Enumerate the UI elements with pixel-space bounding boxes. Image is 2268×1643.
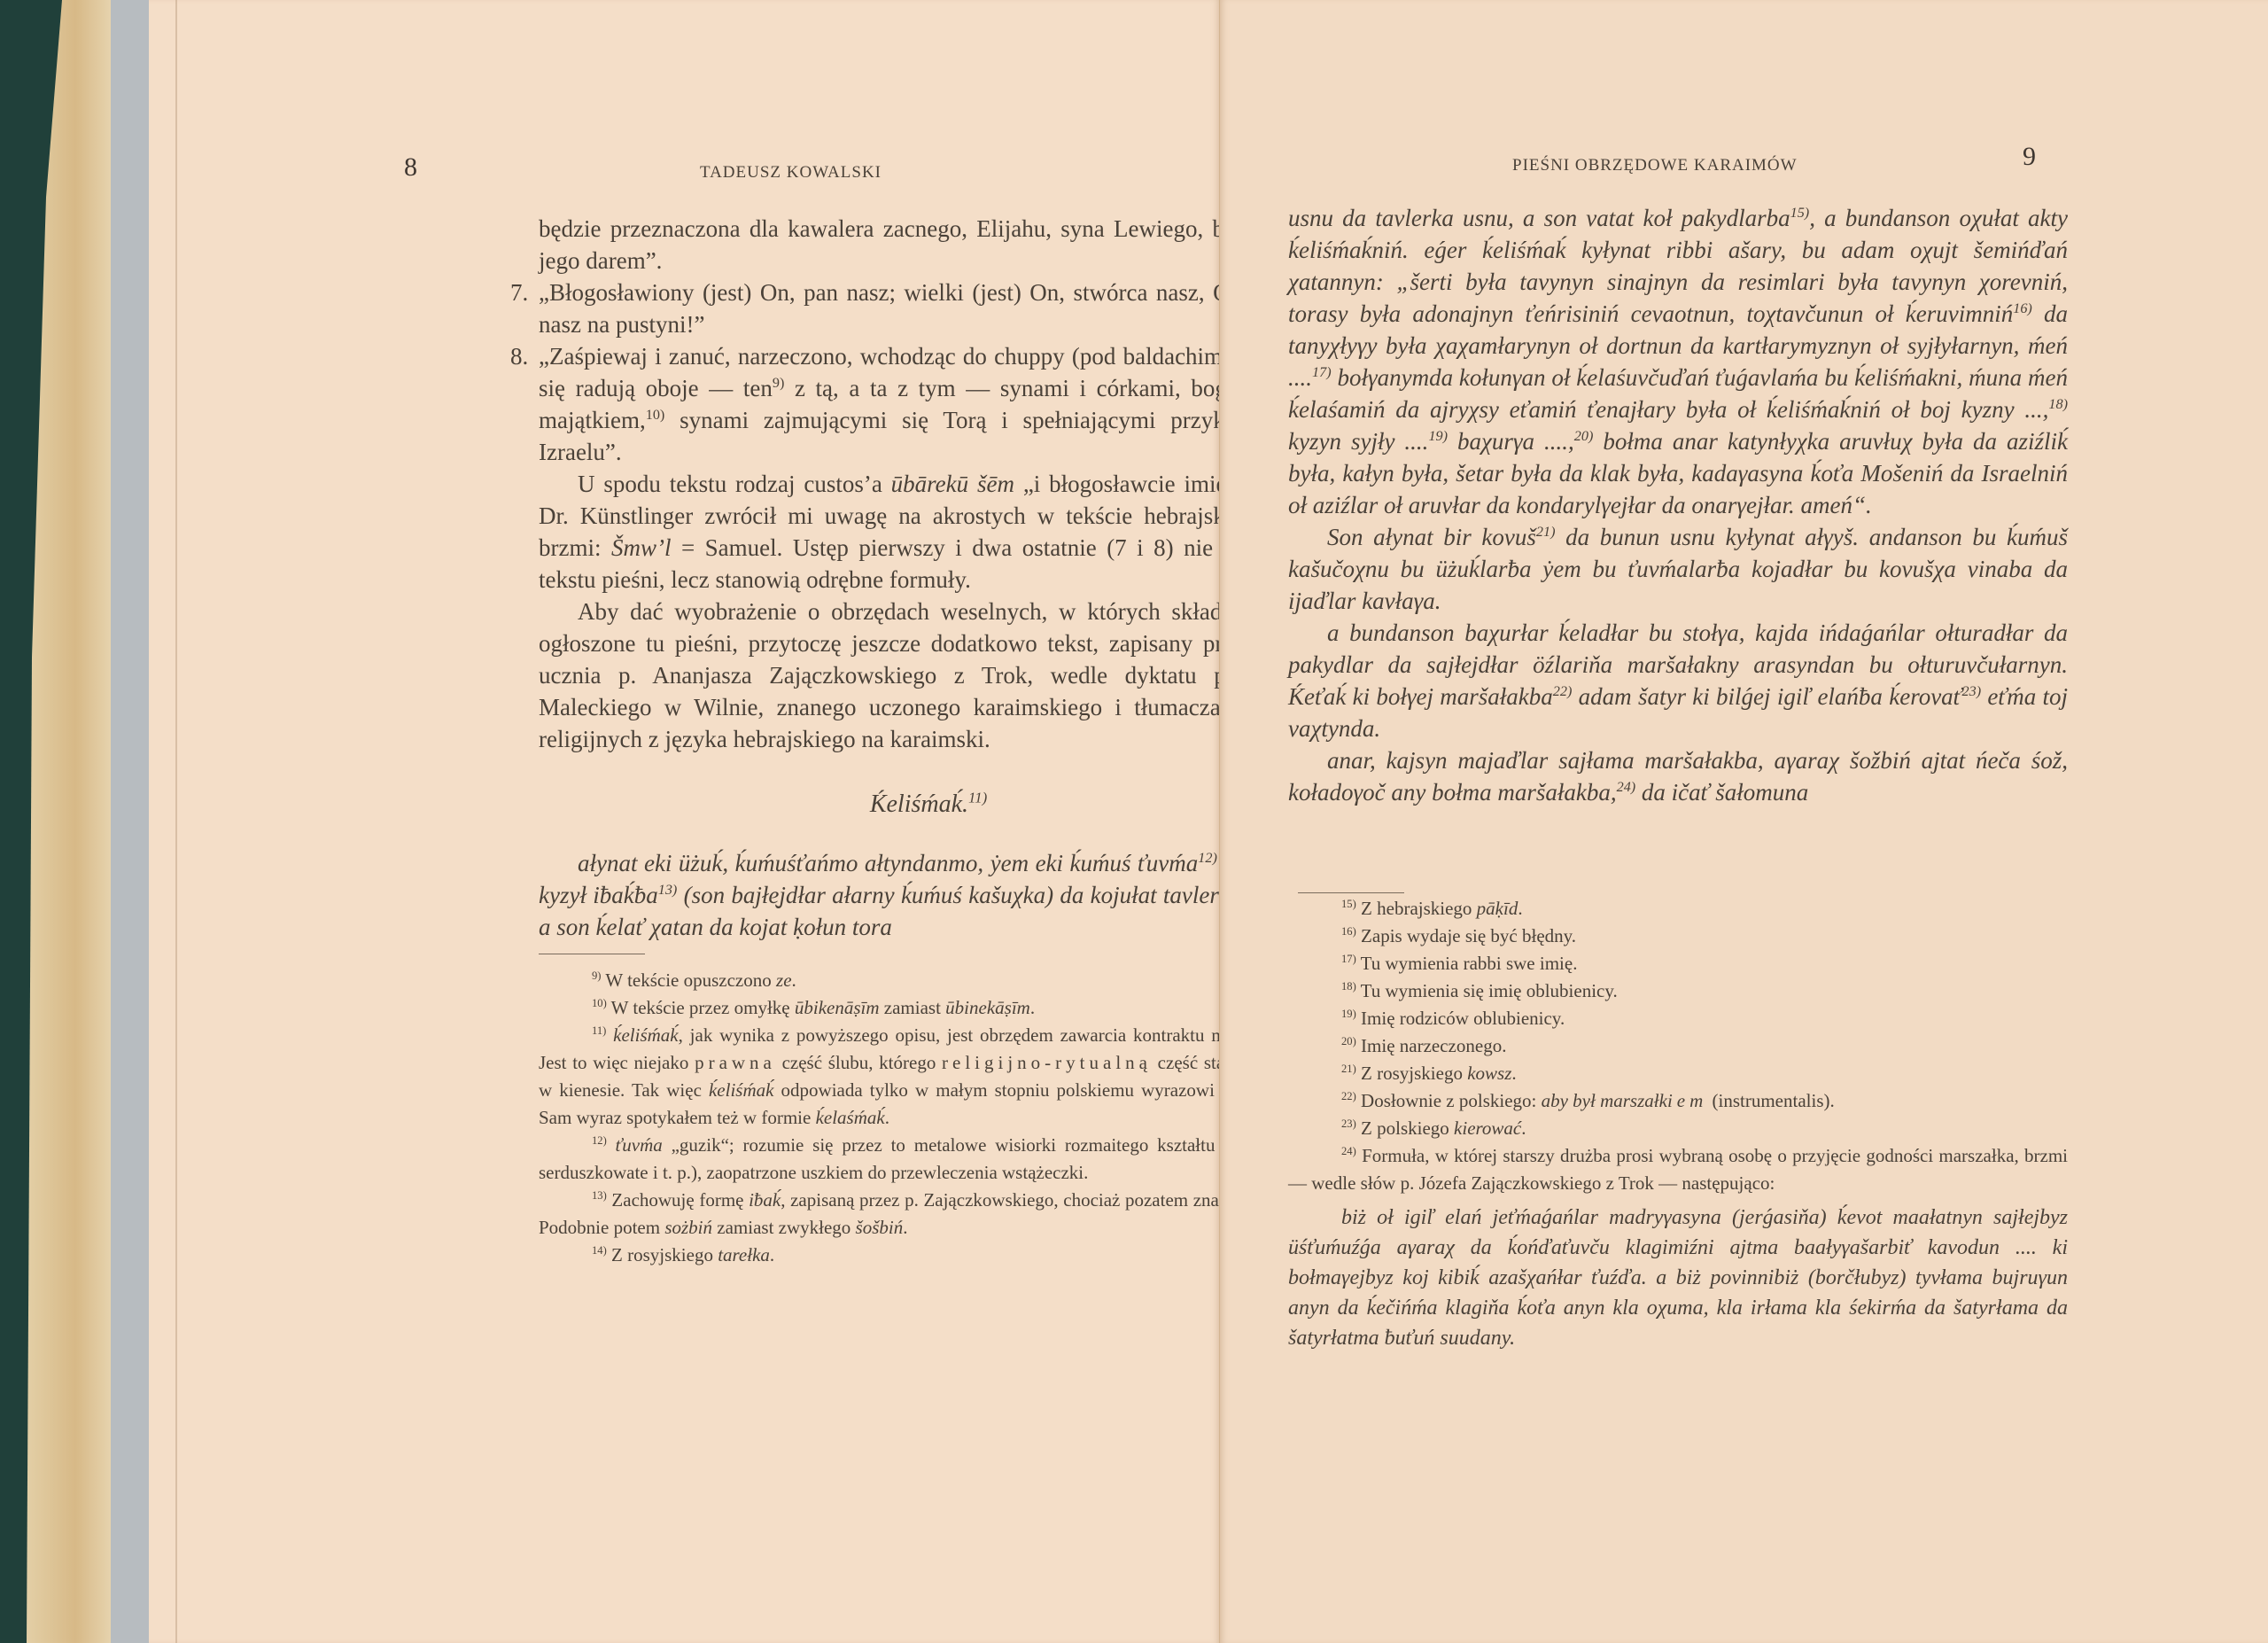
formula-text: biż oł igiľ elań jeťḿaǵańlar madryγasyna… (1288, 1203, 2068, 1353)
footnote-16: 16) Zapis wydaje się być błędny. (1288, 923, 2068, 950)
footnote-ref[interactable]: 17) (1312, 364, 1332, 380)
continuation-text: będzie przeznaczona dla kawalera zacnego… (539, 213, 1318, 276)
footnote-ref[interactable]: 22) (1553, 683, 1573, 699)
paragraph-wedding-rites: Aby dać wyobrażenie o obrzędach weselnyc… (539, 596, 1318, 755)
footnote-19: 19) Imię rodziców oblubienicy. (1288, 1005, 2068, 1032)
footnote-ref[interactable]: 24) (1617, 779, 1636, 795)
running-head: PIEŚNI OBRZĘDOWE KARAIMÓW (1512, 156, 1798, 175)
footnote-12: 12) ťuvḿa „guzik“; rozumie się przez to … (539, 1132, 1318, 1187)
footnote-ref[interactable]: 10) (646, 407, 665, 423)
endpaper-edge (111, 0, 151, 1643)
footnotes: 15) Z hebrajskiego pāḳīd. 16) Zapis wyda… (1288, 895, 2068, 1353)
karaim-text: ałynat eki üżuḱ, ḱuḿuśťańmo ałtyndanmo, … (539, 847, 1318, 943)
running-head: TADEUSZ KOWALSKI (700, 163, 882, 183)
footnote-ref[interactable]: 9) (773, 375, 784, 391)
karaim-text-continued: usnu da tavlerka usnu, a son vatat koł p… (1288, 202, 2068, 808)
footnote-ref[interactable]: 23) (1962, 683, 1982, 699)
footnote-ref[interactable]: 21) (1536, 524, 1556, 540)
footnote-20: 20) Imię narzeczonego. (1288, 1032, 2068, 1060)
karaim-paragraph-1: usnu da tavlerka usnu, a son vatat koł p… (1288, 202, 2068, 521)
footnote-ref[interactable]: 19) (1428, 428, 1448, 444)
right-page: PIEŚNI OBRZĘDOWE KARAIMÓW 9 usnu da tavl… (1220, 0, 2268, 1643)
numbered-item-7: 7.„Błogosławiony (jest) On, pan nasz; wi… (539, 276, 1318, 340)
footnote-17: 17) Tu wymienia rabbi swe imię. (1288, 950, 2068, 977)
paragraph-custos: U spodu tekstu rodzaj custos’a ūbārekū š… (539, 468, 1318, 596)
main-text: będzie przeznaczona dla kawalera zacnego… (539, 213, 1318, 1269)
numbered-item-8: 8.„Zaśpiewaj i zanuć, narzeczono, wchodz… (539, 340, 1318, 468)
footnote-ref[interactable]: 12) (1198, 850, 1217, 866)
footnote-ref[interactable]: 11) (968, 790, 987, 806)
karaim-paragraph-2: Son ałynat bir kovuš21) da bunun usnu ky… (1288, 521, 2068, 617)
page-number: 8 (404, 152, 417, 183)
karaim-paragraph-4: anar, kajsyn majaďlar sajłama maršałakba… (1288, 744, 2068, 808)
karaim-paragraph-3: a bundanson baχurłar ḱeladłar bu stołγa,… (1288, 617, 2068, 744)
footnote-14: 14) Z rosyjskiego tarełka. (539, 1242, 1318, 1269)
footnote-22: 22) Dosłownie z polskiego: aby był marsz… (1288, 1087, 2068, 1115)
footnote-11: 11) ḱeliśḿaḱ, jak wynika z powyższego op… (539, 1022, 1318, 1132)
footnotes: 9) W tekście opuszczono ze. 10) W tekści… (539, 967, 1318, 1269)
footnote-ref[interactable]: 15) (1790, 205, 1810, 221)
footnote-23: 23) Z polskiego kierować. (1288, 1115, 2068, 1142)
footnote-9: 9) W tekście opuszczono ze. (539, 967, 1318, 994)
footnote-10: 10) W tekście przez omyłkę ūbikenāṣīm za… (539, 994, 1318, 1022)
footnote-24: 24) Formuła, w której starszy drużba pro… (1288, 1142, 2068, 1197)
footnote-18: 18) Tu wymienia się imię oblubienicy. (1288, 977, 2068, 1005)
footnote-15: 15) Z hebrajskiego pāḳīd. (1288, 895, 2068, 923)
footnote-13: 13) Zachowuję formę iƀaḱ, zapisaną przez… (539, 1187, 1318, 1242)
footnote-21: 21) Z rosyjskiego kowsz. (1288, 1060, 2068, 1087)
section-title: Ḱeliśḿaḱ.11) (539, 789, 1318, 821)
footnote-ref[interactable]: 18) (2048, 396, 2068, 412)
footnote-separator (1298, 892, 1404, 893)
footnote-ref[interactable]: 16) (2013, 300, 2032, 316)
footnote-ref[interactable]: 13) (658, 882, 678, 898)
footnote-separator (539, 954, 645, 954)
footnote-ref[interactable]: 20) (1574, 428, 1594, 444)
page-number: 9 (2023, 142, 2036, 172)
left-page: 8 TADEUSZ KOWALSKI będzie przeznaczona d… (149, 0, 1220, 1643)
